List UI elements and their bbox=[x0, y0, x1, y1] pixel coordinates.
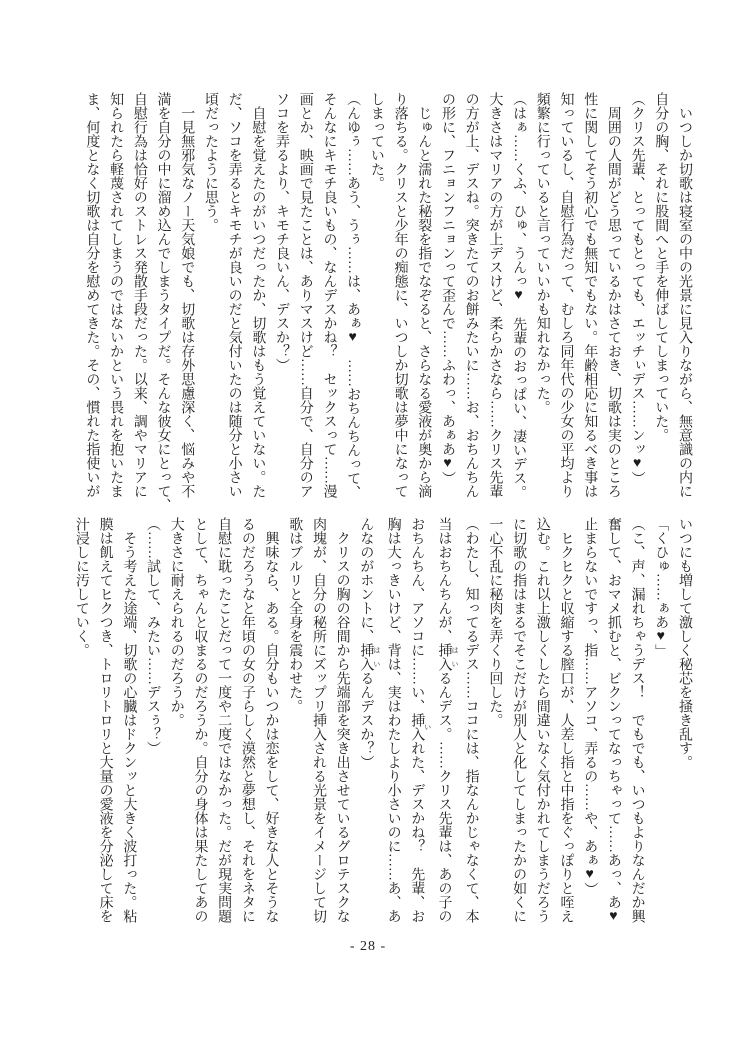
text-column: 頃だったように思う。 bbox=[198, 92, 222, 500]
text-column: り落ちる。クリスと少年の痴態に、いつしか切歌は夢中になって bbox=[388, 92, 412, 500]
text-column: 汁浸しに汚していく。 bbox=[69, 517, 93, 925]
text-column: ま、何度となく切歌は自分を慰めてきた。その、慣れた指使いが bbox=[80, 92, 104, 500]
text-column: 当はおちんちんが、挿入はいるんデス。……クリス先輩は、あの子の bbox=[432, 517, 459, 925]
text-column: の方が上、デスね。突きたてのお餅みたいに……お、おちんちん bbox=[459, 92, 483, 500]
text-column: （はぁ……くふ、ひゅ、うんっ♥ 先輩のおっぱい、凄いデス。 bbox=[506, 92, 530, 500]
text-column: 大きさに耐えられるのだろうか。 bbox=[164, 517, 188, 925]
text-column: （んゆぅ……あう、うぅ……は、あぁ♥ ……おちんちんって、 bbox=[340, 92, 364, 500]
text-column: 胸は大っきいけど、背は、実はわたしより小さいのに……あ、あ bbox=[381, 517, 405, 925]
text-column: （こ、声、漏れちゃうデス！ でもでも、いつもよりなんだか興 bbox=[625, 517, 649, 925]
text-column: そんなにキモチ良いもの、なんデスかね？ セックスって……漫 bbox=[317, 92, 341, 500]
text-column: （……試して、みたい……デスぅ？） bbox=[140, 517, 164, 925]
text-column: 満を自分の中に溜め込んでしまうタイプだ。そんな彼女にとって、 bbox=[151, 92, 175, 500]
book-page: いつしか切歌は寝室の中の光景に見入りながら、無意識の内に自分の胸、それに股間へと… bbox=[0, 0, 736, 1041]
text-column: 画とか、映画で見たことは、ありマスけど……自分で、自分のア bbox=[293, 92, 317, 500]
text-column: 頻繁に行っていると言っていいかも知れなかった。 bbox=[530, 92, 554, 500]
top-text-block: いつしか切歌は寝室の中の光景に見入りながら、無意識の内に自分の胸、それに股間へと… bbox=[80, 92, 696, 500]
text-column: しまっていた。 bbox=[364, 92, 388, 500]
text-column: 大きさはマリアの方が上デスけど、柔らかさなら……クリス先輩 bbox=[483, 92, 507, 500]
text-column: 自慰行為は恰好のストレス発散手段だった。以来、調やマリアに bbox=[127, 92, 151, 500]
text-column: んなのがホントに、挿入はいるんデスか？） bbox=[354, 517, 381, 925]
text-column: そう考えた途端、切歌の心臓はドクンッと大きく波打った。粘 bbox=[117, 517, 141, 925]
text-column: 歌はブルリと全身を震わせた。 bbox=[283, 517, 307, 925]
text-column: 知られたら軽蔑されてしまうのではないかという畏れを抱いたま bbox=[103, 92, 127, 500]
text-column: 自慰に耽ったことだって一度や二度ではなかった。だが現実問題 bbox=[211, 517, 235, 925]
text-column: 奮して、おマメ抓むと、ビクンってなっちゃって……あっ、あ♥ bbox=[601, 517, 625, 925]
text-column: いつにも増して激しく秘芯を掻き乱す。 bbox=[672, 517, 696, 925]
text-column: 込む。これ以上激しくしたら間違いなく気付かれてしまうだろう bbox=[530, 517, 554, 925]
text-column: おちんちん、アソコに……い、挿入いれた、デスかね？ 先輩、お bbox=[405, 517, 432, 925]
text-column: の形に、フニョンフニョンって歪んで……ふわっ、あぁあ♥） bbox=[435, 92, 459, 500]
text-column: 一見無邪気なノー天気娘でも、切歌は存外思慮深く、悩みや不 bbox=[175, 92, 199, 500]
text-column: 止まらないですっ、指……アソコ、弄るの……や、あぁ♥） bbox=[577, 517, 601, 925]
text-column: （わたし、知ってるデス……ココには、指なんかじゃなくて、本 bbox=[459, 517, 483, 925]
text-column: として、ちゃんと収まるのだろうか。自分の身体は果たしてあの bbox=[188, 517, 212, 925]
text-column: るのだろうなと年頃の女の子らしく漠然と夢想し、それをネタに bbox=[235, 517, 259, 925]
text-column: 自慰を覚えたのがいつだったか、切歌はもう覚えていない。た bbox=[246, 92, 270, 500]
text-column: 一心不乱に秘肉を弄くり回した。 bbox=[483, 517, 507, 925]
text-column: 性に関してそう初心でも無知でもない。年齢相応に知るべき事は bbox=[577, 92, 601, 500]
text-column: じゅんと濡れた秘裂を指でなぞると、さらなる愛液が奥から滴 bbox=[412, 92, 436, 500]
text-column: 周囲の人間がどう思っているかはさておき、切歌は実のところ bbox=[601, 92, 625, 500]
page-number: - 28 - bbox=[0, 939, 736, 955]
text-column: いつしか切歌は寝室の中の光景に見入りながら、無意識の内に bbox=[672, 92, 696, 500]
text-column: （クリス先輩、とってもとっても、エッチぃデス……ンッ♥） bbox=[625, 92, 649, 500]
text-column: ソコを弄るより、キモチ良いん、デスか？） bbox=[269, 92, 293, 500]
text-column: 興味なら、ある。自分もいつかは恋をして、好きな人とそうな bbox=[259, 517, 283, 925]
text-column: 知っているし、自慰行為だって、むしろ同年代の少女の平均より bbox=[554, 92, 578, 500]
text-column: ヒクヒクと収縮する膣口が、人差し指と中指をぐっぽりと咥え bbox=[554, 517, 578, 925]
text-column: クリスの胸の谷間から先端部を突き出させているグロテスクな bbox=[330, 517, 354, 925]
bottom-text-block: いつにも増して激しく秘芯を掻き乱す。「くひゅ……ぁあ♥」（こ、声、漏れちゃうデス… bbox=[69, 517, 696, 925]
text-column: 自分の胸、それに股間へと手を伸ばしてしまっていた。 bbox=[649, 92, 673, 500]
text-column: 「くひゅ……ぁあ♥」 bbox=[649, 517, 673, 925]
text-column: 膜は飢えてヒクつき、トロリトロリと大量の愛液を分泌して床を bbox=[93, 517, 117, 925]
text-column: だ、ソコを弄るとキモチが良いのだと気付いたのは随分と小さい bbox=[222, 92, 246, 500]
text-column: 肉塊が、自分の秘所にズップリ挿入される光景をイメージして切 bbox=[306, 517, 330, 925]
text-column: に切歌の指はまるでそこだけが別人と化してしまったかの如くに bbox=[506, 517, 530, 925]
